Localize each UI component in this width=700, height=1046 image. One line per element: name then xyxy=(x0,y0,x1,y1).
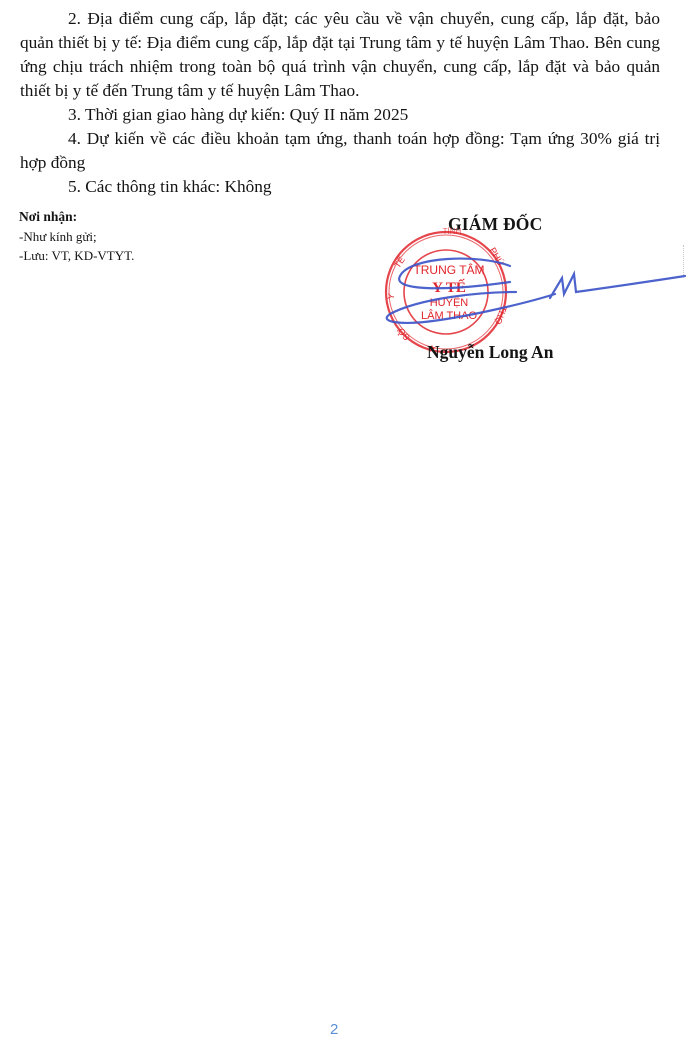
paragraph-payment-terms: 4. Dự kiến về các điều khoản tạm ứng, th… xyxy=(20,127,660,175)
paragraph-delivery-time: 3. Thời gian giao hàng dự kiến: Quý II n… xyxy=(20,103,660,127)
paragraph-delivery-location: 2. Địa điểm cung cấp, lắp đặt; các yêu c… xyxy=(20,7,660,103)
svg-text:PHÚ: PHÚ xyxy=(488,246,506,267)
svg-text:SỞ: SỞ xyxy=(395,325,412,343)
document-body: 2. Địa điểm cung cấp, lắp đặt; các yêu c… xyxy=(20,7,660,199)
svg-text:TẾ: TẾ xyxy=(392,255,407,270)
page-number: 2 xyxy=(330,1021,338,1038)
signer-position: GIÁM ĐỐC xyxy=(448,214,542,235)
svg-text:HUYỆN: HUYỆN xyxy=(430,296,469,309)
document-page: 2. Địa điểm cung cấp, lắp đặt; các yêu c… xyxy=(0,0,700,1046)
recipient-item: -Như kính gửi; xyxy=(19,227,134,247)
recipient-item: -Lưu: VT, KD-VTYT. xyxy=(19,246,134,266)
signature-block: GIÁM ĐỐC TỈNH TẾ Y SỞ PHÚ THỌ TRUNG TÂM … xyxy=(380,214,700,374)
svg-text:Y TẾ: Y TẾ xyxy=(432,279,466,296)
recipients-title: Nơi nhận: xyxy=(19,207,134,227)
recipients-block: Nơi nhận: -Như kính gửi; -Lưu: VT, KD-VT… xyxy=(19,207,134,266)
signer-name: Nguyễn Long An xyxy=(427,342,553,363)
scan-edge-mark xyxy=(683,245,686,275)
svg-text:THỌ: THỌ xyxy=(493,304,509,325)
paragraph-other-info: 5. Các thông tin khác: Không xyxy=(20,175,660,199)
svg-text:TRUNG TÂM: TRUNG TÂM xyxy=(413,262,484,277)
svg-text:Y: Y xyxy=(386,293,397,301)
svg-text:LÂM THAO: LÂM THAO xyxy=(421,309,477,322)
